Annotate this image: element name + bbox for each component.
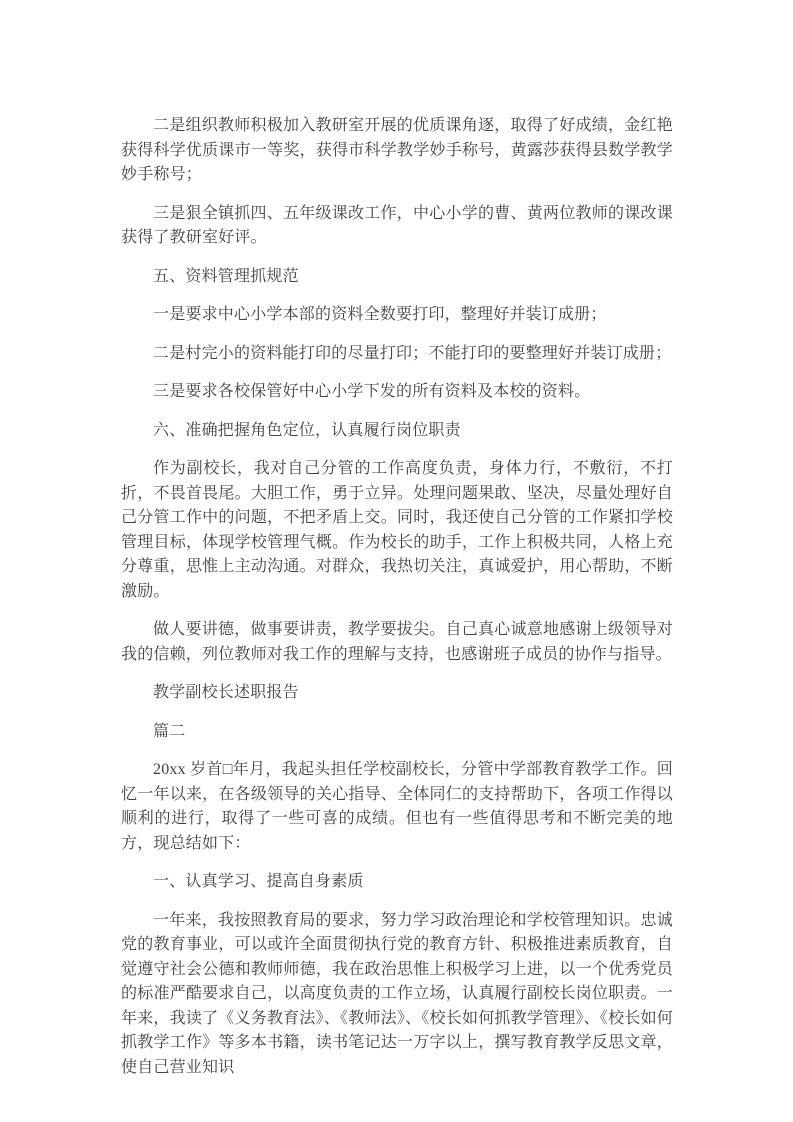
document-page-background: { "page": { "background_color": "#ffffff…	[0, 0, 793, 1122]
paragraph-part-two-label: 篇二	[121, 720, 673, 745]
paragraph-gratitude-closing: 做人要讲德，做事要讲责，教学要拔尖。自己真心诚意地感谢上级领导对我的信赖，列位教…	[121, 618, 673, 667]
heading-section-five-material-management: 五、资料管理抓规范	[121, 265, 673, 290]
document-page: 二是组织教师积极加入教研室开展的优质课角逐，取得了好成绩，金红艳获得科学优质课市…	[0, 0, 793, 1122]
paragraph-point-two-quality-course-results: 二是组织教师积极加入教研室开展的优质课角逐，取得了好成绩，金红艳获得科学优质课市…	[121, 114, 673, 188]
paragraph-study-and-reading-details: 一年来，我按照教育局的要求，努力学习政治理论和学校管理知识。忠诚党的教育事业，可…	[121, 909, 673, 1081]
paragraph-role-responsibility-details: 作为副校长，我对自己分管的工作高度负责，身体力行，不敷衍，不打折，不畏首畏尾。大…	[121, 457, 673, 604]
paragraph-point-three-curriculum-reform: 三是狠全镇抓四、五年级课改工作，中心小学的曹、黄两位教师的课改课获得了教研室好评…	[121, 202, 673, 251]
heading-section-one-self-improvement: 一、认真学习、提高自身素质	[121, 870, 673, 895]
paragraph-item-one-print-materials: 一是要求中心小学本部的资料全数要打印，整理好并装订成册；	[121, 303, 673, 328]
paragraph-item-two-village-school-materials: 二是村完小的资料能打印的尽量打印；不能打印的要整理好并装订成册；	[121, 342, 673, 367]
paragraph-report-title-line: 教学副校长述职报告	[121, 681, 673, 706]
heading-section-six-role-positioning: 六、准确把握角色定位，认真履行岗位职责	[121, 419, 673, 444]
paragraph-part-two-introduction: 20xx 岁首□年月，我起头担任学校副校长，分管中学部教育教学工作。回忆一年以来…	[121, 758, 673, 856]
paragraph-item-three-keep-materials: 三是要求各校保管好中心小学下发的所有资料及本校的资料。	[121, 380, 673, 405]
